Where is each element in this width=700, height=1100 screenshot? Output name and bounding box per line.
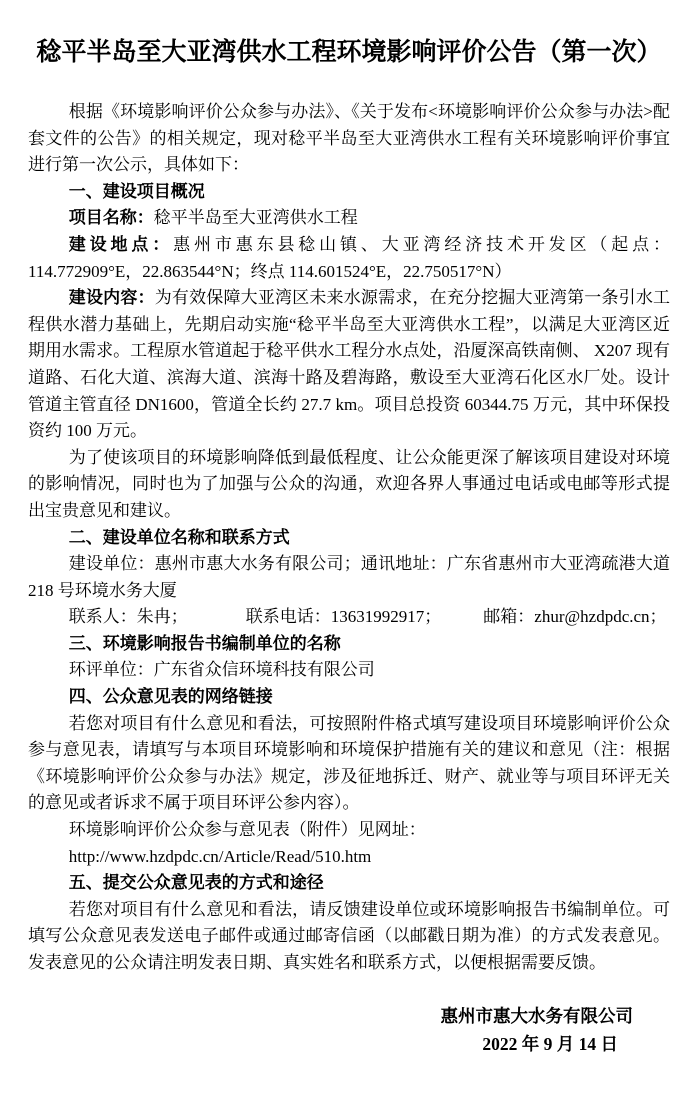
- contact-line: 联系人：朱冉；联系电话：13631992917；邮箱：zhur@hzdpdc.c…: [28, 604, 670, 631]
- signature-block: 惠州市惠大水务有限公司 2022 年 9 月 14 日: [28, 1003, 670, 1058]
- project-content-value: 为有效保障大亚湾区未来水源需求，在充分挖掘大亚湾第一条引水工程供水潜力基础上，先…: [28, 288, 670, 440]
- project-name-label: 项目名称：: [69, 208, 154, 227]
- project-content-label: 建设内容：: [69, 288, 155, 307]
- project-name-paragraph: 项目名称：稔平半岛至大亚湾供水工程: [28, 205, 670, 232]
- section4-paragraph: 若您对项目有什么意见和看法，可按照附件格式填写建设项目环境影响评价公众参与意见表…: [28, 711, 670, 817]
- feedback-form-url: http://www.hzdpdc.cn/Article/Read/510.ht…: [28, 844, 670, 871]
- eia-unit-paragraph: 环评单位：广东省众信环境科技有限公司: [28, 657, 670, 684]
- project-location-paragraph: 建设地点：惠州市惠东县稔山镇、大亚湾经济技术开发区（起点：114.772909°…: [28, 232, 670, 285]
- section1-closing-paragraph: 为了使该项目的环境影响降低到最低程度、让公众能更深了解该项目建设对环境的影响情况…: [28, 445, 670, 525]
- section1-heading: 一、建设项目概况: [28, 179, 670, 206]
- section2-heading: 二、建设单位名称和联系方式: [28, 525, 670, 552]
- project-name-value: 稔平半岛至大亚湾供水工程: [154, 208, 358, 227]
- construction-unit-paragraph: 建设单位：惠州市惠大水务有限公司；通讯地址：广东省惠州市大亚湾疏港大道218 号…: [28, 551, 670, 604]
- section4-heading: 四、公众意见表的网络链接: [28, 684, 670, 711]
- contact-person: 联系人：朱冉；: [69, 607, 188, 626]
- section5-heading: 五、提交公众意见表的方式和途径: [28, 870, 670, 897]
- section5-paragraph: 若您对项目有什么意见和看法，请反馈建设单位或环境影响报告书编制单位。可填写公众意…: [28, 897, 670, 977]
- document-page: 稔平半岛至大亚湾供水工程环境影响评价公告（第一次） 根据《环境影响评价公众参与办…: [0, 0, 700, 1100]
- signature-company: 惠州市惠大水务有限公司: [28, 1003, 633, 1030]
- project-location-label: 建设地点：: [69, 235, 173, 254]
- signature-date: 2022 年 9 月 14 日: [28, 1031, 618, 1058]
- contact-email: 邮箱：zhur@hzdpdc.cn；: [483, 607, 666, 626]
- section3-heading: 三、环境影响报告书编制单位的名称: [28, 631, 670, 658]
- document-title: 稔平半岛至大亚湾供水工程环境影响评价公告（第一次）: [28, 38, 670, 68]
- intro-paragraph: 根据《环境影响评价公众参与办法》、《关于发布<环境影响评价公众参与办法>配套文件…: [28, 99, 670, 179]
- project-content-paragraph: 建设内容：为有效保障大亚湾区未来水源需求，在充分挖掘大亚湾第一条引水工程供水潜力…: [28, 285, 670, 445]
- attachment-note-paragraph: 环境影响评价公众参与意见表（附件）见网址：: [28, 817, 670, 844]
- contact-phone: 联系电话：13631992917；: [246, 607, 442, 626]
